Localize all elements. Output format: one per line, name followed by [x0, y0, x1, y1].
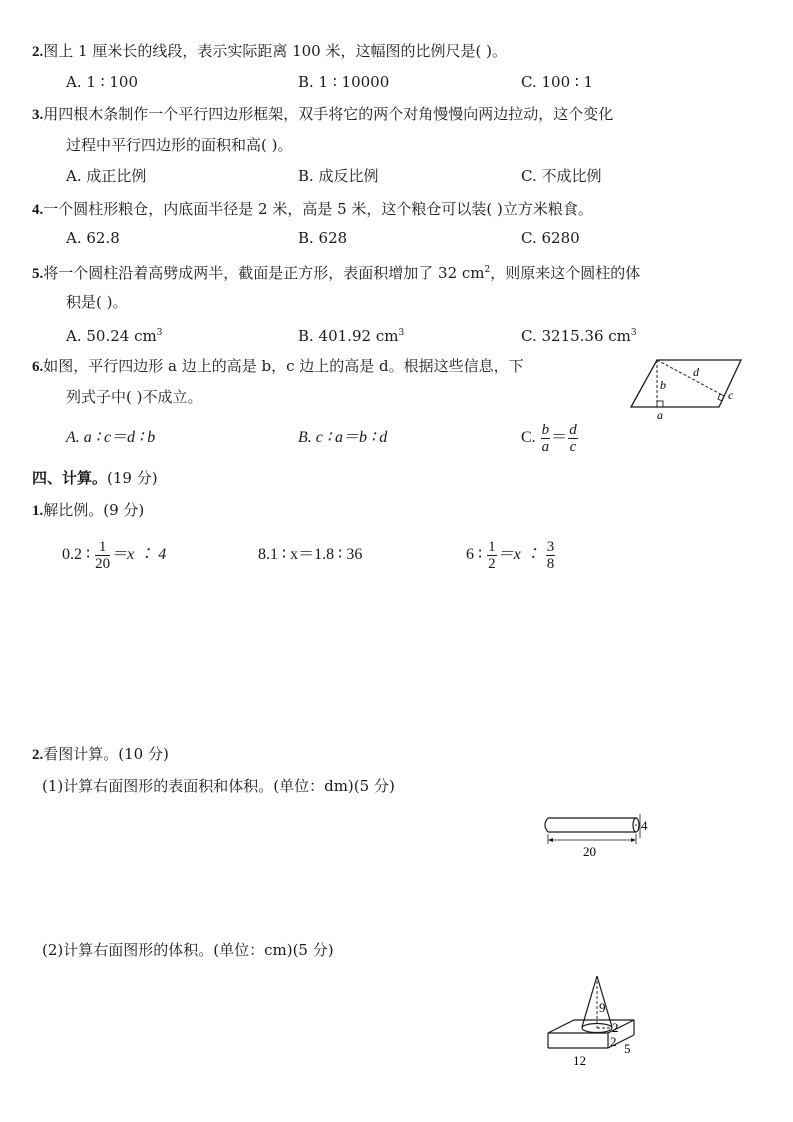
- question-solve-proportions: 1.解比例。(9 分): [32, 500, 144, 521]
- option-c: C. 不成比例: [521, 166, 601, 186]
- option-c: C. ba＝dc: [521, 418, 579, 458]
- option-b: B. 1 ∶ 10000: [298, 72, 389, 92]
- equation-2: 8.1 ∶ x＝1.8 ∶ 36: [258, 535, 362, 575]
- svg-text:2: 2: [610, 1034, 617, 1049]
- question-number: 6.: [32, 359, 43, 375]
- option-a: A. 成正比例: [66, 166, 146, 186]
- fraction: dc: [568, 422, 578, 455]
- section-title: 四、计算。(19 分): [32, 468, 158, 488]
- question-text: 一个圆柱形粮仓，内底面半径是 2 米，高是 5 米，这个粮仓可以装( )立方米粮…: [43, 200, 593, 218]
- cylinder-figure: 4 20: [540, 812, 660, 867]
- question-number: 3.: [32, 107, 43, 123]
- question-number: 5.: [32, 266, 43, 282]
- svg-text:2: 2: [612, 1020, 619, 1035]
- parallelogram-figure: b d c a: [625, 355, 745, 425]
- option-b: B. c ∶ a＝b ∶ d: [298, 428, 387, 448]
- svg-text:d: d: [693, 365, 700, 379]
- question-text-tail: ，则原来这个圆柱的体: [490, 264, 640, 282]
- svg-text:4: 4: [641, 818, 648, 833]
- svg-text:b: b: [660, 378, 666, 392]
- question-6: 6.如图，平行四边形 a 边上的高是 b，c 边上的高是 d。根据这些信息，下: [32, 356, 524, 377]
- question-6-line2: 列式子中( )不成立。: [66, 387, 202, 407]
- option-b: B. 628: [298, 228, 347, 248]
- option-a: A. 50.24 cm3: [66, 323, 162, 346]
- question-2: 2.图上 1 厘米长的线段，表示实际距离 100 米，这幅图的比例尺是( )。: [32, 41, 507, 62]
- option-b: B. 成反比例: [298, 166, 379, 186]
- question-text: 将一个圆柱沿着高劈成两半，截面是正方形，表面积增加了 32 cm: [43, 264, 484, 282]
- equation-1: 0.2 ∶ 120＝x ∶ 4: [62, 535, 166, 575]
- question-number: 2.: [32, 44, 43, 60]
- option-c: C. 100 ∶ 1: [521, 72, 593, 92]
- question-text: 如图，平行四边形 a 边上的高是 b，c 边上的高是 d。根据这些信息，下: [43, 357, 523, 375]
- option-c: C. 3215.36 cm3: [521, 323, 637, 346]
- question-text: 图上 1 厘米长的线段，表示实际距离 100 米，这幅图的比例尺是( )。: [43, 42, 507, 60]
- question-text: 用四根木条制作一个平行四边形框架，双手将它的两个对角慢慢向两边拉动，这个变化: [43, 105, 613, 123]
- svg-text:12: 12: [573, 1053, 586, 1068]
- question-3: 3.用四根木条制作一个平行四边形框架，双手将它的两个对角慢慢向两边拉动，这个变化: [32, 104, 613, 125]
- cone-on-box-figure: 9 2 2 5 12: [540, 970, 660, 1075]
- subquestion-1: (1)计算右面图形的表面积和体积。(单位：dm)(5 分): [42, 776, 395, 796]
- svg-text:5: 5: [624, 1041, 631, 1056]
- option-a: A. 62.8: [66, 228, 120, 248]
- equation-3: 6 ∶ 12＝x ∶ 38: [466, 535, 556, 575]
- question-number: 4.: [32, 202, 43, 218]
- option-a: A. 1 ∶ 100: [66, 72, 138, 92]
- subquestion-2: (2)计算右面图形的体积。(单位：cm)(5 分): [42, 940, 334, 960]
- svg-text:20: 20: [583, 844, 596, 859]
- svg-text:c: c: [728, 388, 734, 402]
- fraction: ba: [541, 422, 551, 455]
- option-c: C. 6280: [521, 228, 580, 248]
- option-b: B. 401.92 cm3: [298, 323, 404, 346]
- svg-text:9: 9: [599, 1000, 606, 1015]
- question-3-line2: 过程中平行四边形的面积和高( )。: [66, 135, 292, 155]
- svg-text:a: a: [657, 408, 663, 422]
- question-4: 4.一个圆柱形粮仓，内底面半径是 2 米，高是 5 米，这个粮仓可以装( )立方…: [32, 199, 593, 220]
- question-figure-calc: 2.看图计算。(10 分): [32, 744, 169, 765]
- question-5: 5.将一个圆柱沿着高劈成两半，截面是正方形，表面积增加了 32 cm2，则原来这…: [32, 260, 640, 284]
- question-5-line2: 积是( )。: [66, 292, 127, 312]
- option-a: A. a ∶ c＝d ∶ b: [66, 428, 155, 448]
